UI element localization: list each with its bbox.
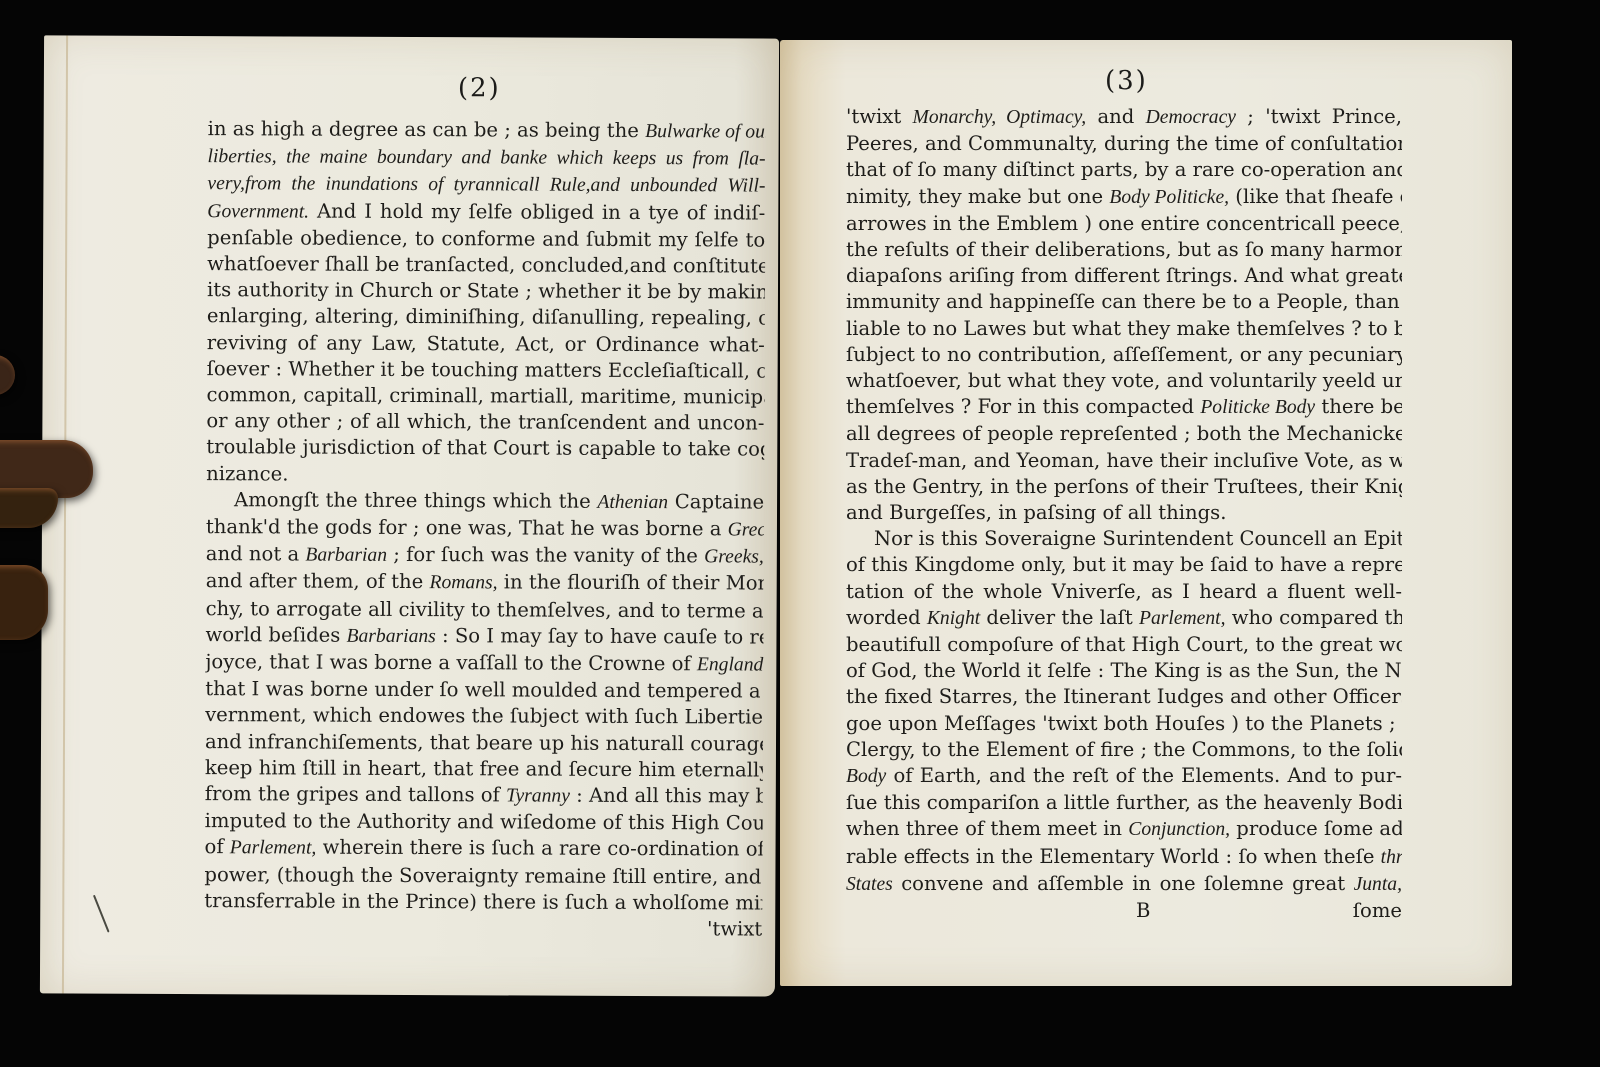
text-line: whatſoever, but what they vote, and volu… [846,368,1402,394]
italic-text: Conjunction, [1128,819,1230,840]
roman-text: beautifull compoſure of that High Court,… [846,633,1402,656]
roman-text: thank'd the gods for ; one was, That he … [206,515,728,540]
roman-text: there be [1315,395,1402,418]
text-line: ſue this compariſon a little further, as… [846,790,1402,816]
roman-text: joyce, that I was borne a vaſſall to the… [205,650,697,675]
roman-text: arrowes in the Emblem ) one entire conce… [846,212,1402,235]
roman-text: as the Gentry, in the perſons of their T… [846,475,1402,498]
roman-text: of Earth, and the reſt of the Elements. … [886,764,1402,787]
italic-text: Tyranny [506,786,570,807]
text-line: as the Gentry, in the perſons of their T… [846,474,1402,500]
roman-text: Amongſt the three things which the [234,488,597,513]
roman-text: when three of them meet in [846,817,1128,840]
roman-text: the reſults of their deliberations, but … [846,238,1402,261]
italic-text: Knight [927,608,980,629]
text-line: joyce, that I was borne a vaſſall to the… [205,649,763,679]
text-line: the reſults of their deliberations, but … [846,237,1402,263]
text-line: Amongſt the three things which the Athen… [206,487,764,517]
text-line: nizance. [206,461,764,490]
left-page: (2) in as high a degree as can be ; as b… [40,35,779,996]
roman-text: that of ſo many diſtinct parts, by a rar… [846,158,1402,181]
text-line: when three of them meet in Conjunction, … [846,816,1402,843]
roman-text: world beſides [205,623,346,647]
book-clip-tip [0,355,15,395]
roman-text: whatſoever, but what they vote, and volu… [846,369,1402,392]
roman-text: and [1086,105,1146,128]
page-number: (2) [458,73,501,103]
italic-text: Romans, [429,573,497,594]
text-line: nimity, they make but one Body Politicke… [846,184,1402,211]
roman-text: nizance. [206,462,288,485]
roman-text: wherein there is ſuch a rare co-ordinati… [316,836,762,861]
italic-text: Barbarians [346,626,435,647]
roman-text: Clergy, to the Element of fire ; the Com… [846,738,1402,761]
text-line: chy, to arrogate all civility to themſel… [206,596,764,625]
italic-text: Greeks, [704,547,764,568]
text-line: from the gripes and tallons of Tyranny :… [205,781,763,811]
roman-text: in as high a degree as can be ; as being… [208,117,646,142]
roman-text: immunity and happineſſe can there be to … [846,290,1402,313]
italic-text: Athenian [597,492,668,513]
roman-text: or any other ; of all which, the tranſce… [206,409,764,434]
text-line: the fixed Starres, the Itinerant Iudges … [846,684,1402,710]
italic-text: three [1381,847,1402,868]
roman-text: ; 'twixt Prince, [1236,105,1402,128]
roman-text: keep him ſtill in heart, that free and ſ… [205,756,763,781]
italic-text: Body Politicke, [1109,187,1229,208]
roman-text: 'twixt [846,105,913,128]
roman-text: goe upon Meſſages 'twixt both Houſes ) t… [846,712,1402,735]
roman-text: imputed to the Authority and wiſedome of… [205,809,763,835]
italic-text: Grecian, [728,519,764,540]
roman-text: themſelves ? For in this compacted [846,395,1200,418]
text-line: ſubject to no contribution, aſſeſſement,… [846,342,1402,368]
roman-text: that I was borne under ſo well moulded a… [205,677,763,703]
italic-text: Government. [207,201,309,222]
footer-line: Bſome [846,898,1402,924]
roman-text: Tradeſ-man, and Yeoman, have their inclu… [846,449,1402,472]
text-line: reviving of any Law, Statute, Act, or Or… [207,330,765,359]
text-line: transferrable in the Prince) there is ſu… [204,888,762,917]
roman-text: from the gripes and tallons of [205,782,506,806]
roman-text: deliver the laſt [980,606,1139,629]
text-line: of this Kingdome only, but it may be ſai… [846,552,1402,578]
text-line: Clergy, to the Element of fire ; the Com… [846,737,1402,763]
roman-text: and after them, of the [206,570,430,594]
roman-text: of God, the World it ſelfe : The King is… [846,659,1402,682]
italic-text: Bulwarke of our [645,121,766,143]
roman-text: Nor is this Soveraigne Surintendent Coun… [874,527,1402,550]
roman-text: and Burgeſſes, in paſsing of all things. [846,501,1226,524]
roman-text: nimity, they make but one [846,185,1109,208]
text-line: goe upon Meſſages 'twixt both Houſes ) t… [846,711,1402,737]
roman-text: and not a [206,542,306,565]
roman-text: ſoever : Whether it be touching matters … [207,357,765,383]
text-line: States convene and aſſemble in one ſolem… [846,871,1402,898]
italic-text: Junta, [1354,874,1402,895]
roman-text: of [205,836,230,859]
text-line: Peeres, and Communalty, during the time … [846,131,1402,157]
text-line: of God, the World it ſelfe : The King is… [846,658,1402,684]
italic-text: liberties, the maine boundary and banke … [208,146,766,169]
text-line: common, capitall, criminall, martiall, m… [206,382,764,411]
page-number: (3) [1105,66,1148,96]
roman-text: : And all this may be [570,784,763,808]
text-line: power, (though the Soveraignty remaine ſ… [204,862,762,891]
text-line: vernment, which endowes the ſubject with… [205,703,763,732]
roman-text: troulable jurisdiction of that Court is … [206,436,764,461]
text-line: and not a Barbarian ; for ſuch was the v… [206,541,764,571]
text-line: and Burgeſſes, in paſsing of all things. [846,500,1402,526]
italic-text: very,from the inundations of tyrannicall… [207,174,765,197]
roman-text: whatſoever ſhall be tranſacted, conclude… [207,252,765,278]
roman-text: who compared the [1226,606,1402,629]
text-line: penſable obedience, to conforme and ſubm… [207,225,765,254]
roman-text: worded [846,606,927,629]
roman-text: its authority in Church or State ; wheth… [207,278,765,304]
text-line: in as high a degree as can be ; as being… [208,116,766,146]
roman-text: common, capitall, criminall, martiall, m… [206,383,764,409]
roman-text: power, (though the Soveraignty remaine ſ… [204,863,762,889]
text-line: ſoever : Whether it be touching matters … [207,356,765,385]
roman-text: (like that ſheafe of [1229,185,1402,208]
right-page-body: 'twixt Monarchy, Optimacy, and Democracy… [846,104,1402,924]
ink-mark [93,895,110,933]
catchword: ſome [1353,898,1402,924]
roman-text: all degrees of people repreſented ; both… [846,422,1402,445]
book-clip [0,565,48,640]
text-line: thank'd the gods for ; one was, That he … [206,514,764,544]
roman-text: liable to no Lawes but what they make th… [846,317,1402,340]
text-line: immunity and happineſſe can there be to … [846,289,1402,315]
roman-text: rable effects in the Elementary World : … [846,845,1381,868]
italic-text: States [846,874,893,895]
roman-text: vernment, which endowes the ſubject with… [205,704,763,729]
roman-text: reviving of any Law, Statute, Act, or Or… [207,331,765,356]
italic-text: Body [846,766,886,787]
text-line: or any other ; of all which, the tranſce… [206,408,764,437]
italic-text: Parlement, [230,838,317,859]
text-line: world beſides Barbarians : So I may ſay … [205,622,763,652]
text-line: liable to no Lawes but what they make th… [846,316,1402,342]
roman-text: chy, to arrogate all civility to themſel… [206,597,764,623]
text-line: enlarging, altering, diminiſhing, diſanu… [207,304,765,333]
roman-text: ſubject to no contribution, aſſeſſement,… [846,343,1402,366]
text-line: and infranchiſements, that beare up his … [205,729,763,758]
roman-text: tation of the whole Vniverſe, as I heard… [846,580,1402,603]
page-edge-line [62,35,68,993]
text-line: 'twixt Monarchy, Optimacy, and Democracy… [846,104,1402,131]
text-line: all degrees of people repreſented ; both… [846,421,1402,447]
text-line: tation of the whole Vniverſe, as I heard… [846,579,1402,605]
text-line: Government. And I hold my ſelfe obliged … [207,198,765,228]
text-line: worded Knight deliver the laſt Parlement… [846,605,1402,632]
right-page: (3) 'twixt Monarchy, Optimacy, and Democ… [780,40,1512,986]
roman-text: in the flouriſh of their Monar- [498,571,764,595]
text-line: very,from the inundations of tyrannicall… [207,171,765,201]
roman-text: diapaſons ariſing from different ſtrings… [846,264,1402,287]
left-page-body: in as high a degree as can be ; as being… [204,116,766,943]
text-line: liberties, the maine boundary and banke … [208,143,766,173]
italic-text: Barbarian [305,545,387,566]
text-line: Body of Earth, and the reſt of the Eleme… [846,763,1402,790]
italic-text: Monarchy, Optimacy, [913,107,1087,128]
text-line: imputed to the Authority and wiſedome of… [205,808,763,837]
signature-mark: B [1136,898,1150,924]
roman-text: the fixed Starres, the Itinerant Iudges … [846,685,1402,708]
roman-text: : So I may ſay to have cauſe to re- [436,624,764,648]
text-line: rable effects in the Elementary World : … [846,844,1402,871]
roman-text: ; for ſuch was the vanity of the [387,543,704,567]
roman-text: ſue this compariſon a little further, as… [846,791,1402,814]
text-line: that of ſo many diſtinct parts, by a rar… [846,157,1402,183]
text-line: arrowes in the Emblem ) one entire conce… [846,211,1402,237]
italic-text: Democracy [1146,107,1236,128]
text-line: that I was borne under ſo well moulded a… [205,676,763,705]
catchword: 'twixt [204,914,762,943]
text-line: diapaſons ariſing from different ſtrings… [846,263,1402,289]
text-line: themſelves ? For in this compacted Polit… [846,394,1402,421]
roman-text: And I hold my ſelfe obliged in a tye of … [309,199,765,224]
text-line: and after them, of the Romans, in the fl… [206,569,764,599]
roman-text: penſable obedience, to conforme and ſubm… [207,226,765,251]
roman-text: Captaine [668,490,764,513]
text-line: its authority in Church or State ; wheth… [207,277,765,306]
roman-text: transferrable in the Prince) there is ſu… [204,889,762,915]
text-line: whatſoever ſhall be tranſacted, conclude… [207,251,765,280]
roman-text: produce ſome admi- [1230,817,1402,840]
text-line: Tradeſ-man, and Yeoman, have their inclu… [846,448,1402,474]
text-line: keep him ſtill in heart, that free and ſ… [205,755,763,784]
text-line: beautifull compoſure of that High Court,… [846,632,1402,658]
roman-text: enlarging, altering, diminiſhing, diſanu… [207,305,765,330]
italic-text: England ; [697,654,764,675]
text-line: of Parlement, wherein there is ſuch a ra… [204,835,762,865]
italic-text: Parlement, [1139,608,1226,629]
roman-text: convene and aſſemble in one ſolemne grea… [893,872,1354,895]
roman-text: of this Kingdome only, but it may be ſai… [846,553,1402,576]
italic-text: Politicke Body [1200,397,1315,418]
roman-text: Peeres, and Communalty, during the time … [846,132,1402,155]
text-line: Nor is this Soveraigne Surintendent Coun… [846,526,1402,552]
roman-text: and infranchiſements, that beare up his … [205,730,763,756]
text-line: troulable jurisdiction of that Court is … [206,435,764,464]
